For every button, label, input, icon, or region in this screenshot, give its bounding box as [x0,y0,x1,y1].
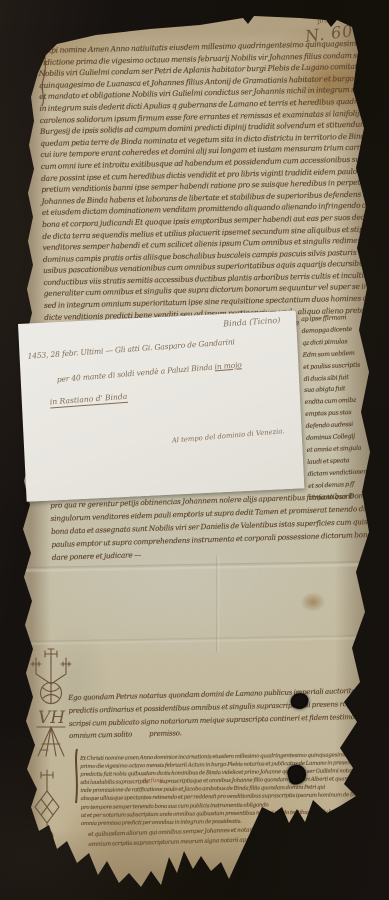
manuscript-line: dictam vendictionem [307,466,377,481]
manuscript-right-column: ap ipse ffirmamdemopga dicenteqz dicti p… [301,311,379,504]
notary-sign-large-icon: VH [25,644,77,758]
manuscript-top-block: In xpi nomine Amen Anno natiuitatis eius… [38,38,375,347]
manuscript-below-note-block: pro qua re gerentur petijs obtinencias J… [50,490,370,564]
manuscript-closing-block: et quibusdam aliorum qui omnibus semper … [88,825,318,851]
notary-attestation-block: Ego quondam Petrus notarius quondam domi… [68,685,364,743]
sign-letters: VH [38,708,66,728]
pen-flourish-icon [73,748,81,804]
note-line-1: 1453, 28 febr. Ultimi — Gli atti Gi. Gas… [27,337,235,360]
stain [300,592,326,612]
note-line-2-underlined: in mojo [214,360,242,371]
notary-sign-small-icon [26,766,70,860]
archivist-note: Binda (Ticino) 1453, 28 febr. Ultimi — G… [18,310,304,501]
fold-crease [216,556,220,652]
rubric-word: Anfusij [143,778,163,784]
note-attribution: Al tempo del dominio di Venezia. [172,427,285,444]
pencil-date: 1453. 28 febr. [126,18,184,31]
note-region-label: Binda (Ticino) [223,316,281,329]
note-line-2: per 40 mante di soldi vendè a Paluzi Bin… [56,360,241,384]
note-line-3: in Rastiano d' Binda [50,392,128,409]
note-line-2-text: per 40 mante di soldi vendè a Paluzi Bin… [56,362,215,384]
manuscript-dense-block: Et Christi nomine amen Anno dominice inc… [80,751,359,828]
manuscript-photo: 1453. 28 febr. pro N. 60 In xpi nomine A… [0,0,389,900]
